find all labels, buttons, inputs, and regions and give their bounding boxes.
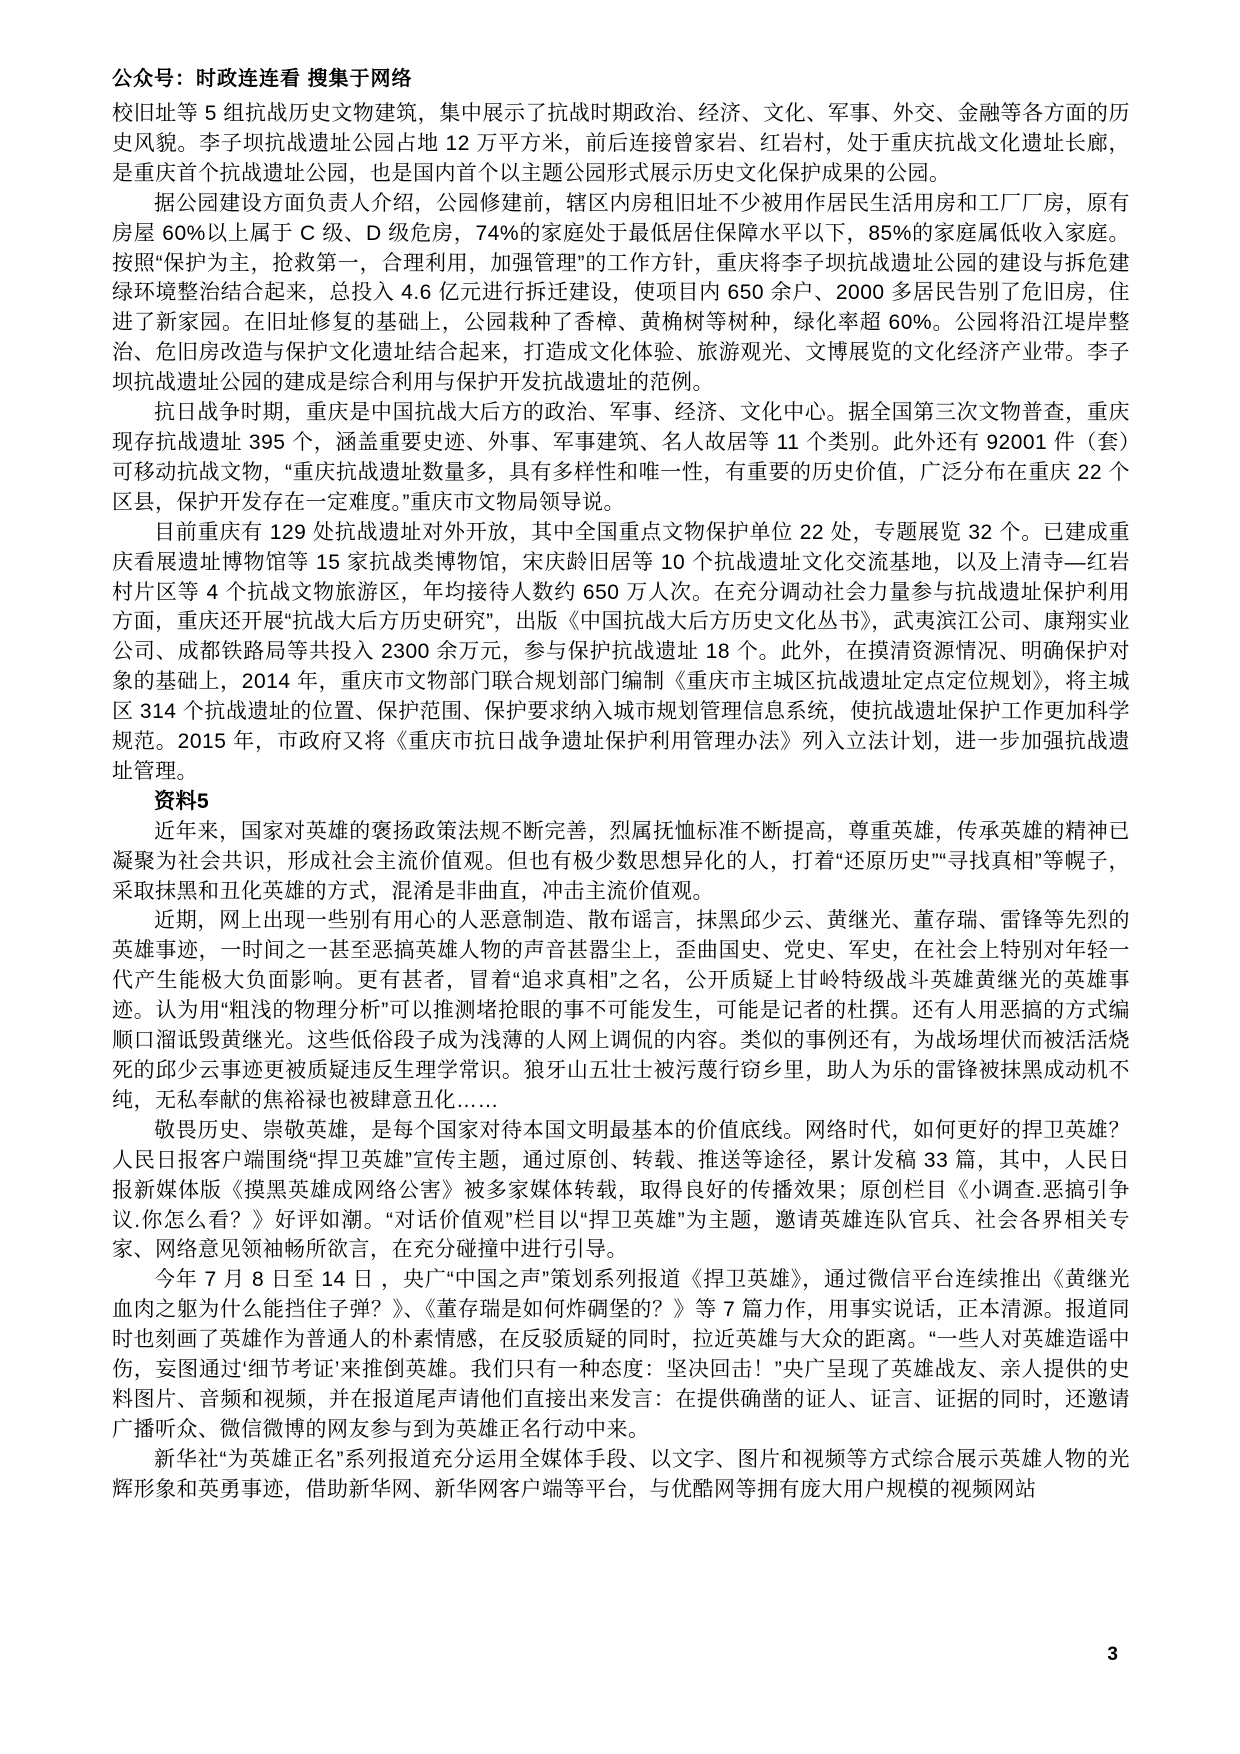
paragraph: 近期，网上出现一些别有用心的人恶意制造、散布谣言，抹黑邱少云、黄继光、董存瑞、雷… — [112, 906, 1130, 1115]
paragraph: 今年 7 月 8 日至 14 日 ，央广“中国之声”策划系列报道《捍卫英雄》，通… — [112, 1265, 1130, 1444]
paragraph: 新华社“为英雄正名”系列报道充分运用全媒体手段、以文字、图片和视频等方式综合展示… — [112, 1445, 1130, 1505]
document-body: 校旧址等 5 组抗战历史文物建筑，集中展示了抗战时期政治、经济、文化、军事、外交… — [112, 99, 1130, 1505]
paragraph: 敬畏历史、崇敬英雄，是每个国家对待本国文明最基本的价值底线。网络时代，如何更好的… — [112, 1116, 1130, 1266]
paragraph: 抗日战争时期，重庆是中国抗战大后方的政治、军事、经济、文化中心。据全国第三次文物… — [112, 398, 1130, 518]
paragraph: 据公园建设方面负责人介绍，公园修建前，辖区内房租旧址不少被用作居民生活用房和工厂… — [112, 189, 1130, 398]
document-page: 公众号：时政连连看 搜集于网络 校旧址等 5 组抗战历史文物建筑，集中展示了抗战… — [0, 0, 1240, 1754]
page-number: 3 — [1107, 1644, 1118, 1666]
page-header: 公众号：时政连连看 搜集于网络 — [112, 62, 1130, 91]
section-heading: 资料5 — [112, 787, 1130, 817]
paragraph-continuation: 校旧址等 5 组抗战历史文物建筑，集中展示了抗战时期政治、经济、文化、军事、外交… — [112, 99, 1130, 189]
paragraph: 近年来，国家对英雄的褒扬政策法规不断完善，烈属抚恤标准不断提高，尊重英雄，传承英… — [112, 817, 1130, 907]
paragraph: 目前重庆有 129 处抗战遗址对外开放，其中全国重点文物保护单位 22 处，专题… — [112, 518, 1130, 787]
